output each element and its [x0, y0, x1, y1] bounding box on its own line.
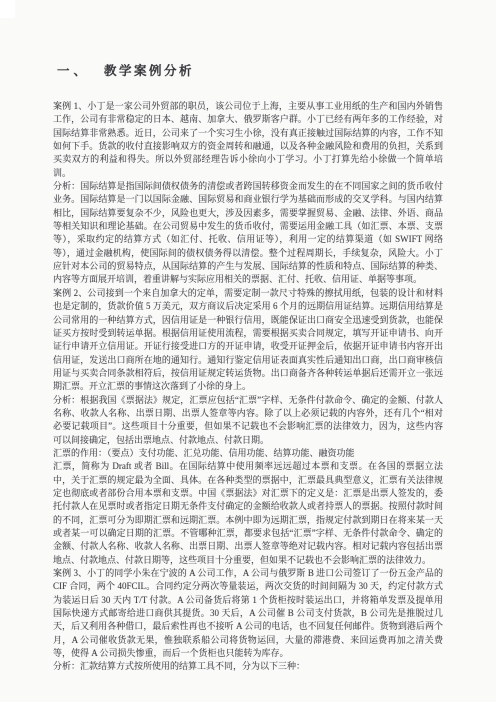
scan-corner-artifact [0, 0, 15, 18]
section-heading-number: 一、 [57, 64, 90, 78]
paragraph-case3: 案例 3、小丁的同学小朱在宁波的 A 公司工作，A 公司与俄罗斯 B 进口公司签… [53, 567, 443, 660]
paragraph-case2-analysis: 分析：根据我国《票据法》规定，汇票应包括“汇票”字样、无条件付款命令、确定的金额… [53, 394, 443, 447]
paragraph-case3-analysis: 分析：汇款结算方式按所使用的结算工具不同，分为以下三种： [53, 660, 443, 673]
section-heading-text: 教学案例分析 [104, 64, 194, 78]
paragraph-draft-functions: 汇票的作用：（要点）支付功能、汇兑功能、信用功能、结算功能、融资功能 [53, 447, 443, 460]
section-heading: 一、教学案例分析 [57, 61, 194, 79]
paragraph-case1-analysis: 分析：国际结算是指国际间债权债务的清偿或者跨国转移资金而发生的在不同国家之间的货… [53, 180, 443, 287]
paragraph-case2: 案例 2、公司接到一个来自加拿大的定单，需要定制一款尺寸特殊的擦拭用纸，包装的设… [53, 287, 443, 394]
paragraph-draft-definition: 汇票，简称为 Draft 或者 Bill。在国际结算中使用频率远远超过本票和支票… [53, 460, 443, 567]
document-page: 一、教学案例分析 案例 1、小丁是一家公司外贸部的职员，该公司位于上海，主要从事… [0, 0, 496, 702]
paragraph-case1: 案例 1、小丁是一家公司外贸部的职员，该公司位于上海，主要从事工业用纸的生产和国… [53, 100, 443, 180]
document-body: 案例 1、小丁是一家公司外贸部的职员，该公司位于上海，主要从事工业用纸的生产和国… [53, 100, 443, 674]
